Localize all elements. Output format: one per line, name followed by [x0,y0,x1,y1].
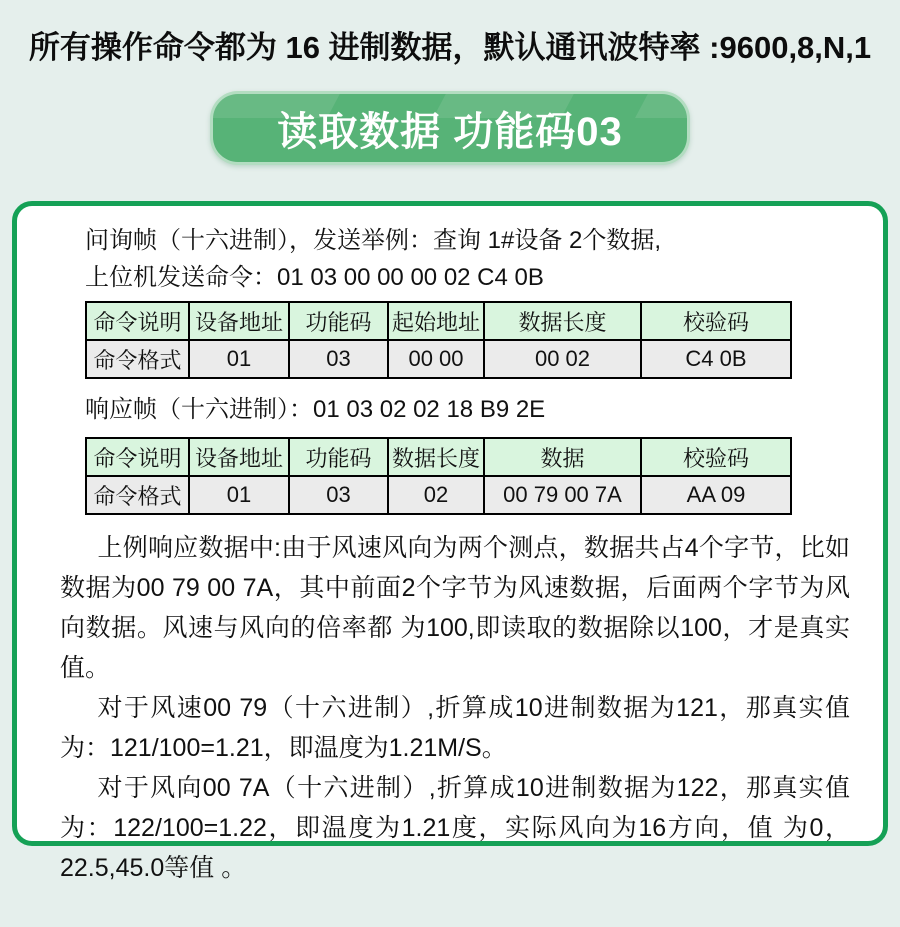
table-header-cell: 数据长度 [484,302,641,340]
banner-stripe [635,91,690,118]
table-cell: 01 [189,476,289,514]
table-cell: 00 00 [388,340,484,378]
table-cell: 命令格式 [86,476,189,514]
table-cell: AA 09 [641,476,791,514]
table-header-cell: 校验码 [641,438,791,476]
page-title: 所有操作命令都为 16 进制数据，默认通讯波特率 :9600,8,N,1 [0,0,900,67]
section-banner-label: 读取数据 功能码03 [277,100,623,157]
table-header-cell: 数据 [484,438,641,476]
table-cell: 02 [388,476,484,514]
response-frame-table: 命令说明 设备地址 功能码 数据长度 数据 校验码 命令格式 01 03 02 … [85,437,792,515]
query-frame-table: 命令说明 设备地址 功能码 起始地址 数据长度 校验码 命令格式 01 03 0… [85,301,792,379]
query-frame-command-line: 上位机发送命令：01 03 00 00 00 02 C4 0B [85,259,850,296]
table-header-cell: 校验码 [641,302,791,340]
table-header-cell: 命令说明 [86,302,189,340]
table-header-cell: 功能码 [289,302,388,340]
query-table-header-row: 命令说明 设备地址 功能码 起始地址 数据长度 校验码 [86,302,791,340]
explanation-paragraph: 上例响应数据中:由于风速风向为两个测点，数据共占4个字节，比如数据为00 79 … [60,528,850,688]
explanation-paragraph: 对于风速00 79（十六进制）,折算成10进制数据为121，那真实值为：121/… [60,688,850,768]
response-frame-intro: 响应帧（十六进制）：01 03 02 02 18 B9 2E [85,391,850,428]
table-cell: 00 02 [484,340,641,378]
table-cell: 00 79 00 7A [484,476,641,514]
table-header-cell: 功能码 [289,438,388,476]
table-header-cell: 起始地址 [388,302,484,340]
content-panel: 问询帧（十六进制），发送举例：查询 1#设备 2个数据, 上位机发送命令：01 … [12,201,888,846]
response-table-header-row: 命令说明 设备地址 功能码 数据长度 数据 校验码 [86,438,791,476]
table-header-cell: 设备地址 [189,302,289,340]
table-header-cell: 数据长度 [388,438,484,476]
table-cell: 03 [289,340,388,378]
table-cell: 01 [189,340,289,378]
query-table-value-row: 命令格式 01 03 00 00 00 02 C4 0B [86,340,791,378]
section-banner: 读取数据 功能码03 [210,91,690,165]
explanation-paragraph: 对于风向00 7A（十六进制）,折算成10进制数据为122，那真实值为：122/… [60,768,850,888]
explanation-block: 上例响应数据中:由于风速风向为两个测点，数据共占4个字节，比如数据为00 79 … [60,528,850,888]
table-cell: 命令格式 [86,340,189,378]
table-cell: C4 0B [641,340,791,378]
table-cell: 03 [289,476,388,514]
response-table-value-row: 命令格式 01 03 02 00 79 00 7A AA 09 [86,476,791,514]
query-frame-intro-line1: 问询帧（十六进制），发送举例：查询 1#设备 2个数据, [85,222,850,259]
table-header-cell: 命令说明 [86,438,189,476]
table-header-cell: 设备地址 [189,438,289,476]
